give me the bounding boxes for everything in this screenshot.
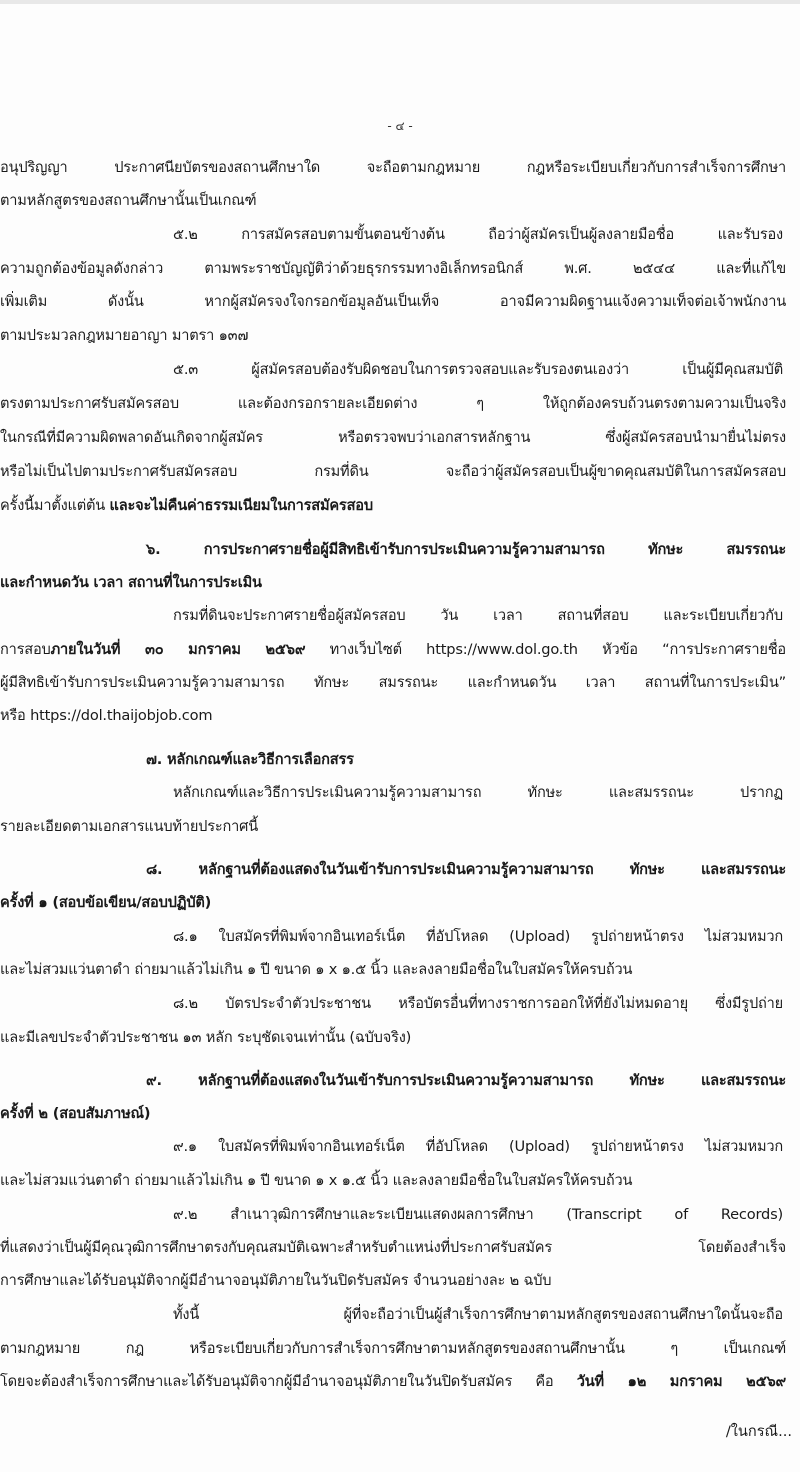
item-9-2-line: การศึกษาและได้รับอนุมัติจากผู้มีอำนาจอนุ…	[0, 1271, 800, 1291]
no-refund-notice: และจะไม่คืนค่าธรรมเนียมในการสมัครสอบ	[110, 497, 373, 514]
plain-text: ทางเว็บไซต์ https://www.dol.go.th หัวข้อ…	[305, 641, 786, 658]
item-8-1-line: ๘.๑ ใบสมัครที่พิมพ์จากอินเทอร์เน็ต ที่อั…	[0, 927, 783, 947]
section-6-body: หรือ https://dol.thaijobjob.com	[0, 706, 800, 726]
note-line: โดยจะต้องสำเร็จการศึกษาและได้รับอนุมัติจ…	[0, 1372, 786, 1392]
item-5-3-line: ตรงตามประกาศรับสมัครสอบ และต้องกรอกรายละ…	[0, 394, 786, 414]
section-6-body: ผู้มีสิทธิเข้ารับการประเมินความรู้ความสา…	[0, 673, 786, 693]
note-line: ตามกฎหมาย กฎ หรือระเบียบเกี่ยวกับการสำเร…	[0, 1339, 786, 1359]
item-9-1-line: ๙.๑ ใบสมัครที่พิมพ์จากอินเทอร์เน็ต ที่อั…	[0, 1137, 783, 1157]
paragraph-line: ตามหลักสูตรของสถานศึกษานั้นเป็นเกณฑ์	[0, 191, 800, 211]
closing-date: วันที่ ๑๒ มกราคม ๒๕๖๙	[577, 1373, 786, 1390]
section-7-body: รายละเอียดตามเอกสารแนบท้ายประกาศนี้	[0, 817, 800, 837]
plain-text: การสอบ	[0, 641, 51, 658]
section-6-body: กรมที่ดินจะประกาศรายชื่อผู้สมัครสอบ วัน …	[0, 606, 783, 626]
item-5-3-line: ครั้งนี้มาตั้งแต่ต้น และจะไม่คืนค่าธรรมเ…	[0, 496, 800, 516]
section-9-heading: ๙. หลักฐานที่ต้องแสดงในวันเข้ารับการประเ…	[0, 1071, 786, 1091]
item-5-3-line: ๕.๓ ผู้สมัครสอบต้องรับผิดชอบในการตรวจสอบ…	[0, 360, 783, 380]
note-line: ทั้งนี้ ผู้ที่จะถือว่าเป็นผู้สำเร็จการศึ…	[0, 1305, 783, 1325]
section-8-heading: ๘. หลักฐานที่ต้องแสดงในวันเข้ารับการประเ…	[0, 860, 786, 880]
thaijobjob-link[interactable]: https://dol.thaijobjob.com	[30, 707, 212, 724]
plain-text: ครั้งนี้มาตั้งแต่ต้น	[0, 497, 110, 514]
continuation-marker: /ในกรณี...	[726, 1422, 792, 1442]
item-5-3-line: ในกรณีที่มีความผิดพลาดอันเกิดจากผู้สมัคร…	[0, 428, 786, 448]
section-6-heading: และกำหนดวัน เวลา สถานที่ในการประเมิน	[0, 573, 800, 593]
section-6-body: การสอบภายในวันที่ ๓๐ มกราคม ๒๕๖๙ ทางเว็บ…	[0, 640, 786, 660]
item-5-2-line: ๕.๒ การสมัครสอบตามขั้นตอนข้างต้น ถือว่าผ…	[0, 225, 783, 245]
item-5-2-line: ตามประมวลกฎหมายอาญา มาตรา ๑๓๗	[0, 326, 800, 346]
section-7-heading: ๗. หลักเกณฑ์และวิธีการเลือกสรร	[0, 750, 800, 770]
item-5-2-line: ความถูกต้องข้อมูลดังกล่าว ตามพระราชบัญญั…	[0, 259, 786, 279]
item-5-3-line: หรือไม่เป็นไปตามประกาศรับสมัครสอบ กรมที่…	[0, 462, 786, 482]
document-page: - ๔ - อนุปริญญา ประกาศนียบัตรของสถานศึกษ…	[0, 0, 800, 1472]
item-8-1-line: และไม่สวมแว่นตาดำ ถ่ายมาแล้วไม่เกิน ๑ ปี…	[0, 960, 800, 980]
announcement-date: ภายในวันที่ ๓๐ มกราคม ๒๕๖๙	[51, 641, 306, 658]
item-9-2-line: ๙.๒ สำเนาวุฒิการศึกษาและระเบียนแสดงผลการ…	[0, 1205, 783, 1225]
paragraph-line: อนุปริญญา ประกาศนียบัตรของสถานศึกษาใด จะ…	[0, 158, 786, 178]
plain-text: หรือ	[0, 707, 30, 724]
page-number: - ๔ -	[0, 117, 800, 136]
section-7-body: หลักเกณฑ์และวิธีการประเมินความรู้ความสาม…	[0, 783, 783, 803]
item-8-2-line: และมีเลขประจำตัวประชาชน ๑๓ หลัก ระบุชัดเ…	[0, 1028, 800, 1048]
item-9-2-line: ที่แสดงว่าเป็นผู้มีคุณวุฒิการศึกษาตรงกับ…	[0, 1238, 786, 1258]
plain-text: โดยจะต้องสำเร็จการศึกษาและได้รับอนุมัติจ…	[0, 1373, 577, 1390]
item-5-2-line: เพิ่มเติม ดังนั้น หากผู้สมัครจงใจกรอกข้อ…	[0, 292, 786, 312]
section-8-heading: ครั้งที่ ๑ (สอบข้อเขียน/สอบปฏิบัติ)	[0, 893, 800, 913]
section-6-heading: ๖. การประกาศรายชื่อผู้มีสิทธิเข้ารับการป…	[0, 540, 786, 560]
item-9-1-line: และไม่สวมแว่นตาดำ ถ่ายมาแล้วไม่เกิน ๑ ปี…	[0, 1171, 800, 1191]
item-8-2-line: ๘.๒ บัตรประจำตัวประชาชน หรือบัตรอื่นที่ท…	[0, 994, 783, 1014]
section-9-heading: ครั้งที่ ๒ (สอบสัมภาษณ์)	[0, 1104, 800, 1124]
scan-top-edge	[0, 0, 800, 4]
